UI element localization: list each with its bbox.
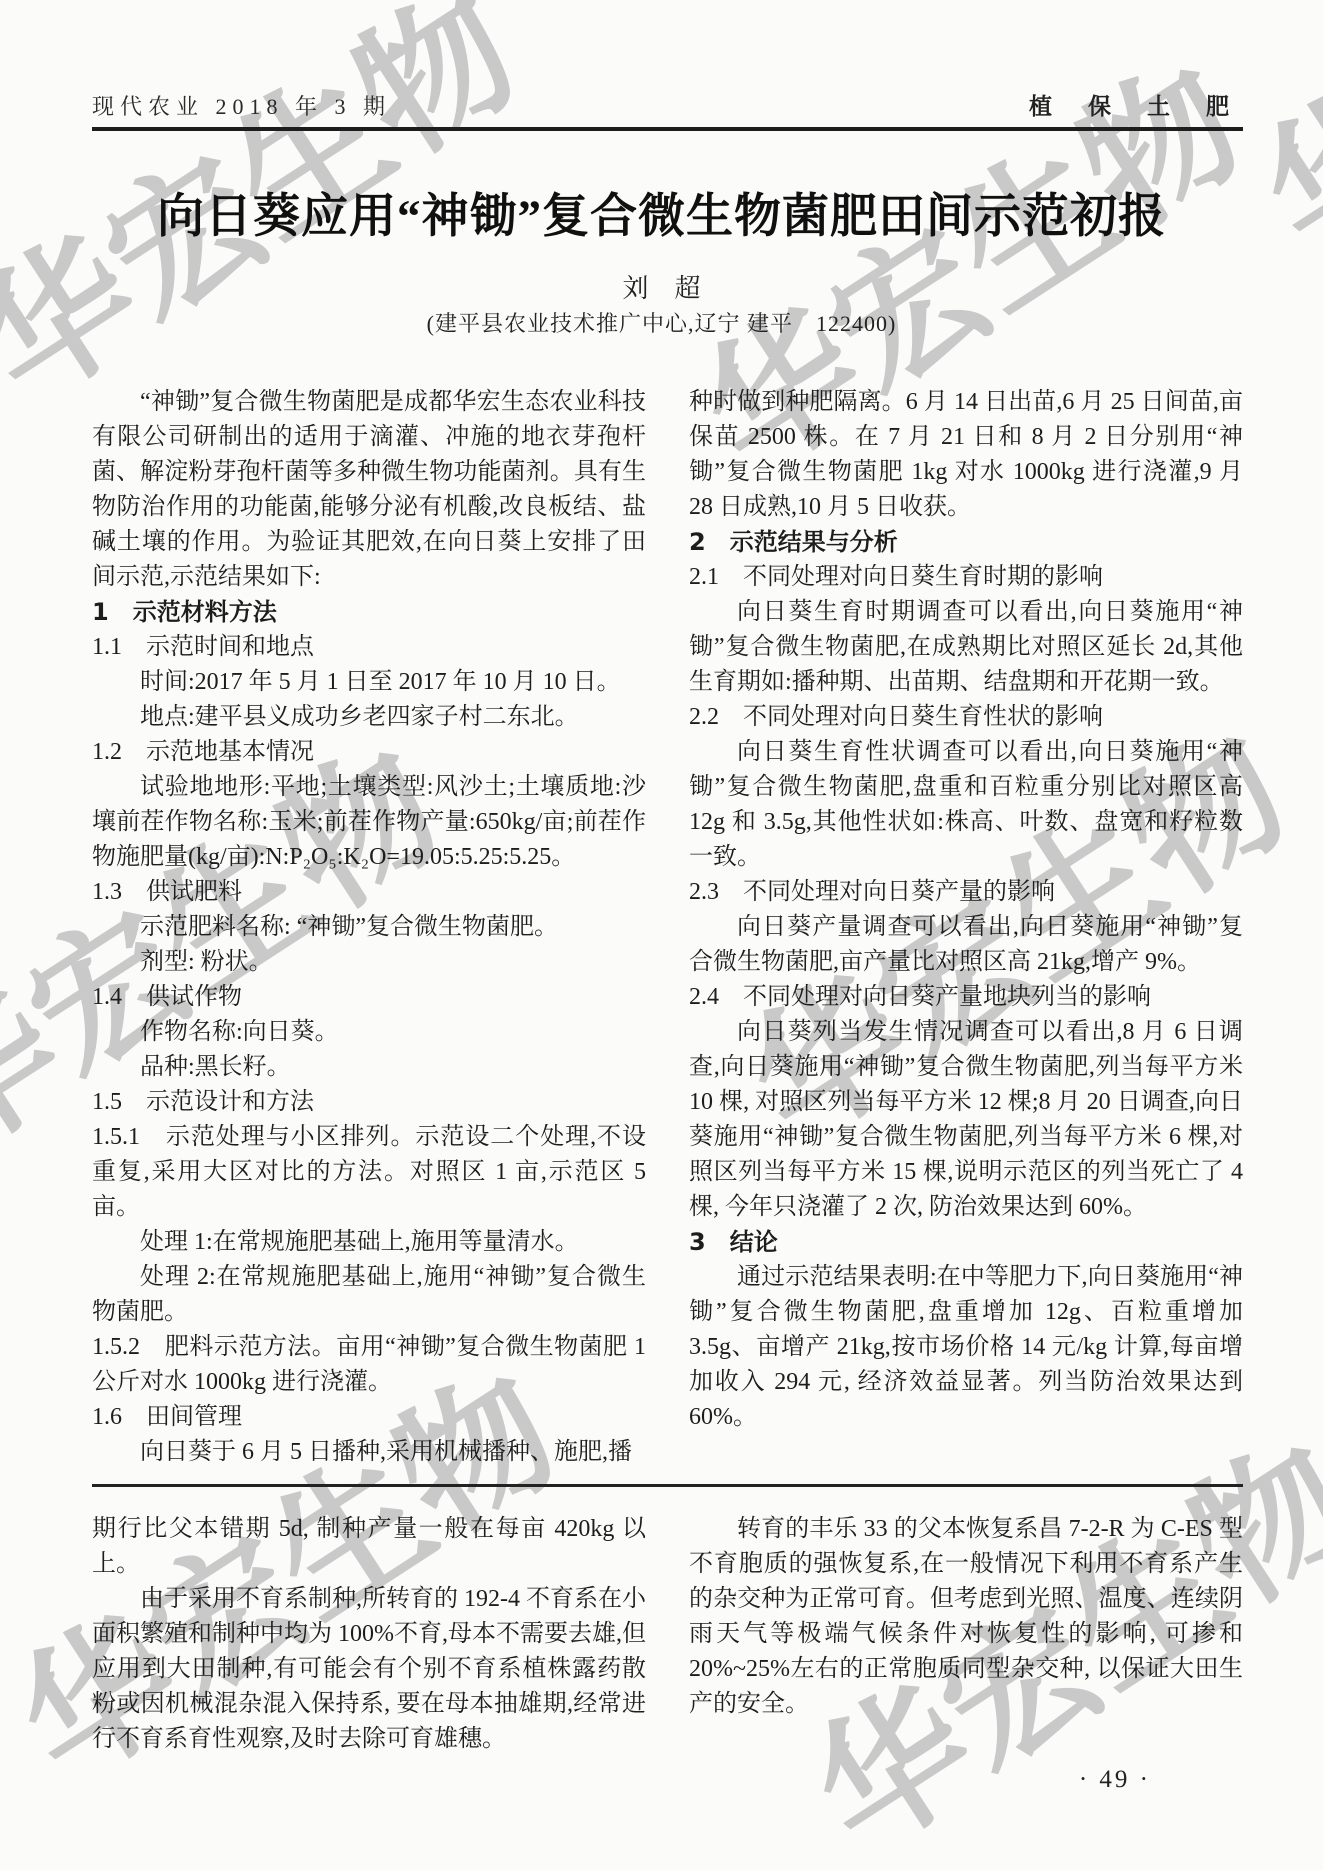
body-paragraph: 地点:建平县义成功乡老四家子村二东北。 <box>92 700 646 735</box>
scanned-journal-page: 华宏生物 华宏生物 华宏生物 华宏生物 华宏生物 华宏生物 华宏生物 现代农业 … <box>0 0 1323 1870</box>
section-heading: 2 示范结果与分析 <box>689 525 1243 560</box>
subsection-heading: 2.2 不同处理对向日葵生育性状的影响 <box>689 700 1243 735</box>
continued-article-body: 期行比父本错期 5d, 制种产量一般在每亩 420kg 以上。 由于采用不育系制… <box>92 1512 1243 1757</box>
body-paragraph: 处理 1:在常规施肥基础上,施用等量清水。 <box>92 1225 646 1260</box>
page-content: 现代农业 2018 年 3 期 植 保 土 肥 向日葵应用“神锄”复合微生物菌肥… <box>0 0 1323 1870</box>
left-column: “神锄”复合微生物菌肥是成都华宏生态农业科技有限公司研制出的适用于滴灌、冲施的地… <box>92 385 646 1470</box>
author-affiliation: (建平县农业技术推广中心,辽宁 建平 122400) <box>0 307 1323 338</box>
page-number: · 49 · <box>1079 1766 1151 1794</box>
subsection-heading: 1.4 供试作物 <box>92 980 646 1015</box>
right-column: 种时做到种肥隔离。6 月 14 日出苗,6 月 25 日间苗,亩保苗 2500 … <box>689 385 1243 1470</box>
right-column: 转育的丰乐 33 的父本恢复系昌 7-2-R 为 C-ES 型不育胞质的强恢复系… <box>689 1512 1243 1757</box>
body-paragraph: 向日葵产量调查可以看出,向日葵施用“神锄”复合微生物菌肥,亩产量比对照区高 21… <box>689 910 1243 980</box>
body-paragraph: 1.5.1 示范处理与小区排列。示范设二个处理,不设重复,采用大区对比的方法。对… <box>92 1120 646 1225</box>
body-paragraph: 示范肥料名称: “神锄”复合微生物菌肥。 <box>92 910 646 945</box>
section-heading: 3 结论 <box>689 1225 1243 1260</box>
body-paragraph: 种时做到种肥隔离。6 月 14 日出苗,6 月 25 日间苗,亩保苗 2500 … <box>689 385 1243 525</box>
article-separator-rule <box>92 1484 1243 1487</box>
subsection-heading: 1.6 田间管理 <box>92 1400 646 1435</box>
body-paragraph: 向日葵生育性状调查可以看出,向日葵施用“神锄”复合微生物菌肥,盘重和百粒重分别比… <box>689 735 1243 875</box>
journal-section-label: 植 保 土 肥 <box>1029 88 1243 121</box>
body-paragraph: 向日葵列当发生情况调查可以看出,8 月 6 日调查,向日葵施用“神锄”复合微生物… <box>689 1015 1243 1225</box>
body-paragraph: 向日葵于 6 月 5 日播种,采用机械播种、施肥,播 <box>92 1435 646 1470</box>
subsection-heading: 1.3 供试肥料 <box>92 875 646 910</box>
body-paragraph: 剂型: 粉状。 <box>92 945 646 980</box>
subsection-heading: 1.1 示范时间和地点 <box>92 630 646 665</box>
article-title: 向日葵应用“神锄”复合微生物菌肥田间示范初报 <box>40 186 1283 248</box>
running-head: 现代农业 2018 年 3 期 植 保 土 肥 <box>92 88 1243 121</box>
author-name: 刘 超 <box>0 268 1323 305</box>
article-body: “神锄”复合微生物菌肥是成都华宏生态农业科技有限公司研制出的适用于滴灌、冲施的地… <box>92 385 1243 1470</box>
body-paragraph: 转育的丰乐 33 的父本恢复系昌 7-2-R 为 C-ES 型不育胞质的强恢复系… <box>689 1512 1243 1722</box>
subsection-heading: 1.2 示范地基本情况 <box>92 735 646 770</box>
body-paragraph: 品种:黑长籽。 <box>92 1050 646 1085</box>
body-paragraph: 1.5.2 肥料示范方法。亩用“神锄”复合微生物菌肥 1 公斤对水 1000kg… <box>92 1330 646 1400</box>
body-paragraph: “神锄”复合微生物菌肥是成都华宏生态农业科技有限公司研制出的适用于滴灌、冲施的地… <box>92 385 646 595</box>
body-paragraph: 向日葵生育时期调查可以看出,向日葵施用“神锄”复合微生物菌肥,在成熟期比对照区延… <box>689 595 1243 700</box>
subsection-heading: 2.3 不同处理对向日葵产量的影响 <box>689 875 1243 910</box>
left-column: 期行比父本错期 5d, 制种产量一般在每亩 420kg 以上。 由于采用不育系制… <box>92 1512 646 1757</box>
body-paragraph: 时间:2017 年 5 月 1 日至 2017 年 10 月 10 日。 <box>92 665 646 700</box>
subsection-heading: 1.5 示范设计和方法 <box>92 1085 646 1120</box>
body-paragraph: 作物名称:向日葵。 <box>92 1015 646 1050</box>
section-heading: 1 示范材料方法 <box>92 595 646 630</box>
journal-issue-label: 现代农业 2018 年 3 期 <box>92 90 391 121</box>
body-paragraph: 通过示范结果表明:在中等肥力下,向日葵施用“神锄”复合微生物菌肥,盘重增加 12… <box>689 1260 1243 1435</box>
body-paragraph: 处理 2:在常规施肥基础上,施用“神锄”复合微生物菌肥。 <box>92 1260 646 1330</box>
body-paragraph: 由于采用不育系制种,所转育的 192-4 不育系在小面积繁殖和制种中均为 100… <box>92 1582 646 1757</box>
header-rule <box>92 127 1243 131</box>
subsection-heading: 2.1 不同处理对向日葵生育时期的影响 <box>689 560 1243 595</box>
body-paragraph: 期行比父本错期 5d, 制种产量一般在每亩 420kg 以上。 <box>92 1512 646 1582</box>
body-paragraph: 试验地地形:平地;土壤类型:风沙土;土壤质地:沙壤前茬作物名称:玉米;前茬作物产… <box>92 770 646 875</box>
subsection-heading: 2.4 不同处理对向日葵产量地块列当的影响 <box>689 980 1243 1015</box>
